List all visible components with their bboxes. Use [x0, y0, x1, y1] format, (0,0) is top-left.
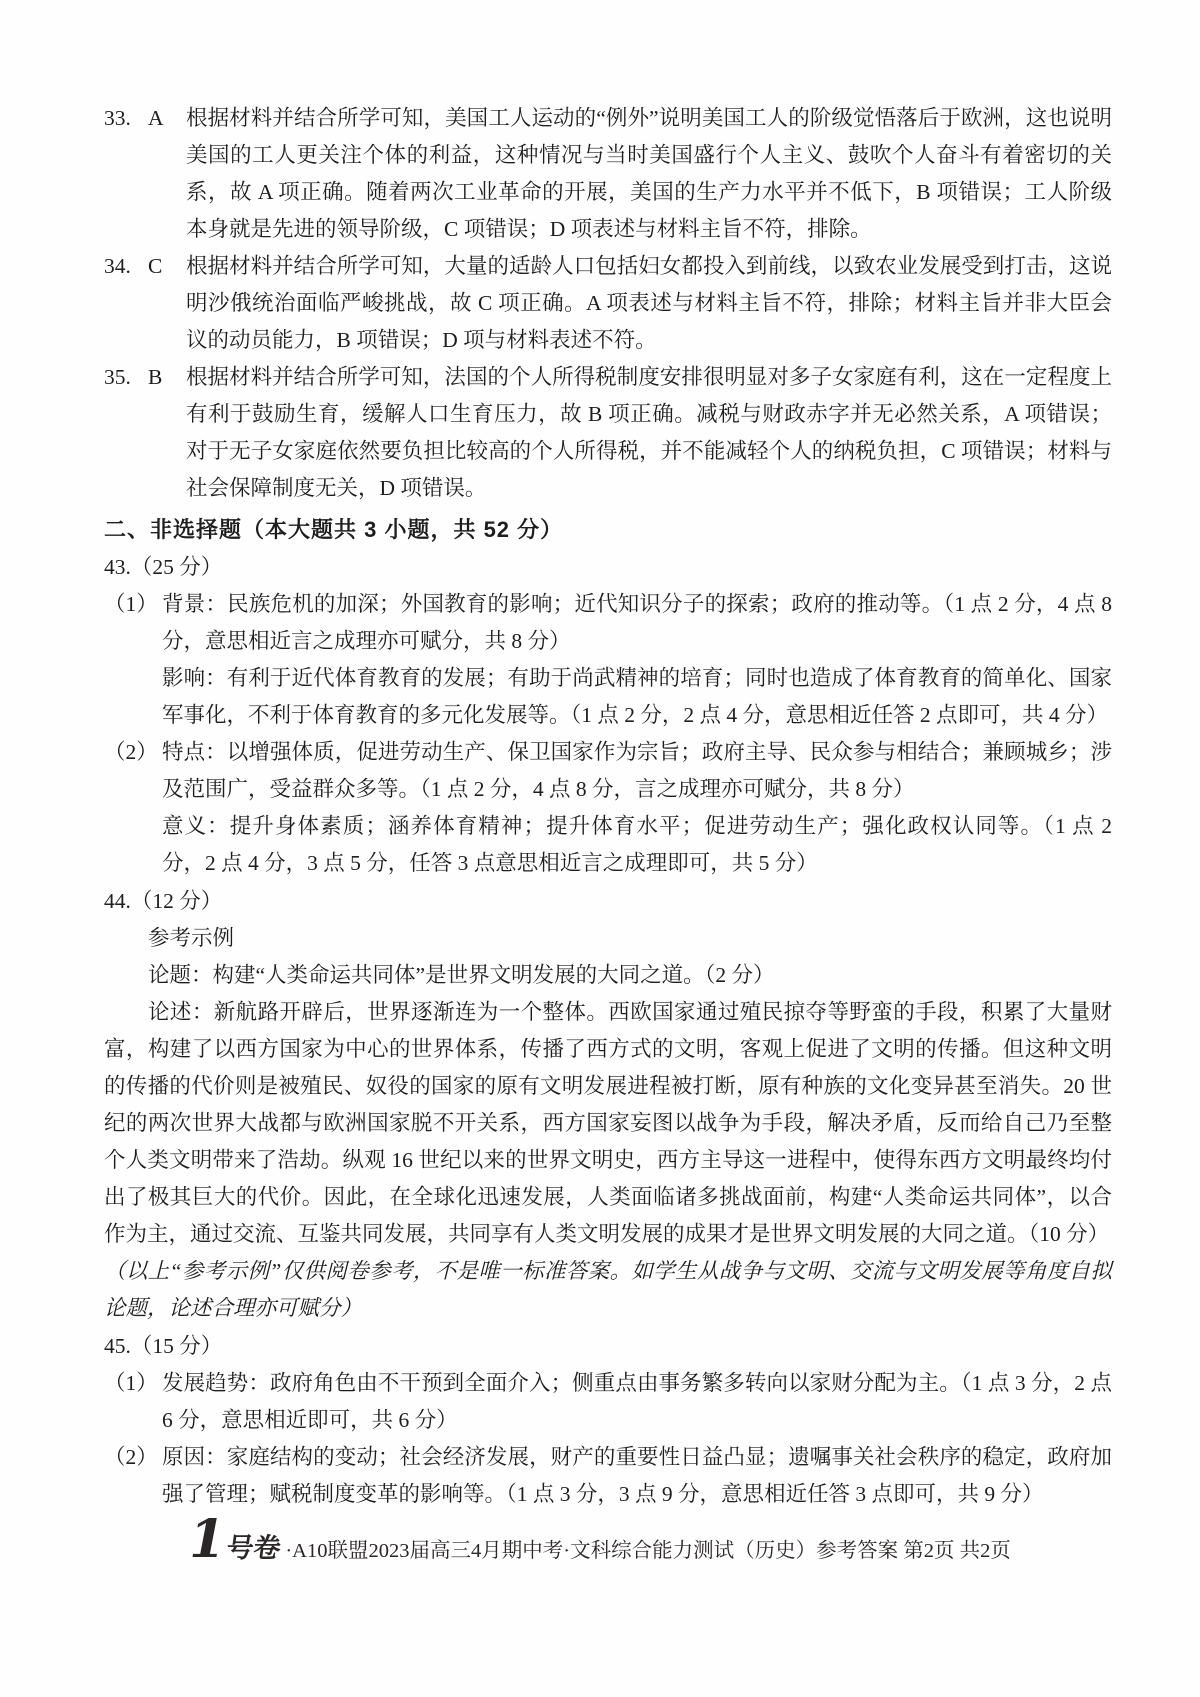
- page-footer: 1 号卷 ·A10联盟2023届高三4月期中考·文科综合能力测试（历史）参考答案…: [0, 1526, 1200, 1565]
- question-45-part2: （2） 原因：家庭结构的变动；社会经济发展，财产的重要性日益凸显；遗嘱事关社会秩…: [104, 1439, 1112, 1513]
- question-44-topic: 论题：构建“人类命运共同体”是世界文明发展的大同之道。（2 分）: [148, 957, 1112, 994]
- answer-item-33: 33. A 根据材料并结合所学可知，美国工人运动的“例外”说明美国工人的阶级觉悟…: [104, 100, 1112, 248]
- footer-exam-info: ·A10联盟2023届高三4月期中考·文科综合能力测试（历史）参考答案 第2页 …: [285, 1533, 1010, 1563]
- question-45-title: 45.（15 分）: [104, 1328, 1112, 1365]
- part-answer-text: 原因：家庭结构的变动；社会经济发展，财产的重要性日益凸显；遗嘱事关社会秩序的稳定…: [162, 1439, 1112, 1513]
- question-number: 34.: [104, 248, 148, 285]
- question-43-part2: （2） 特点：以增强体质，促进劳动生产、保卫国家作为宗旨；政府主导、民众参与相结…: [104, 734, 1112, 808]
- part-answer-text: 特点：以增强体质，促进劳动生产、保卫国家作为宗旨；政府主导、民众参与相结合；兼顾…: [162, 734, 1112, 808]
- reference-example-label: 参考示例: [148, 920, 1112, 957]
- question-number: 33.: [104, 100, 148, 137]
- answer-explanation: 根据材料并结合所学可知，法国的个人所得税制度安排很明显对多子女家庭有利，这在一定…: [186, 359, 1112, 507]
- part-label: （1）: [104, 1365, 162, 1402]
- answer-letter: A: [148, 100, 186, 137]
- answer-item-34: 34. C 根据材料并结合所学可知，大量的适龄人口包括妇女都投入到前线，以致农业…: [104, 248, 1112, 359]
- answer-item-35: 35. B 根据材料并结合所学可知，法国的个人所得税制度安排很明显对多子女家庭有…: [104, 359, 1112, 507]
- question-44-title: 44.（12 分）: [104, 883, 1112, 920]
- question-45-part1: （1） 发展趋势：政府角色由不干预到全面介入；侧重点由事务繁多转向以家财分配为主…: [104, 1365, 1112, 1439]
- question-43-part2-meaning: 意义：提升身体素质；涵养体育精神；提升体育水平；促进劳动生产；强化政权认同等。（…: [162, 808, 1112, 882]
- part-label: （2）: [104, 734, 162, 771]
- answer-letter: B: [148, 359, 186, 396]
- part-answer-text: 发展趋势：政府角色由不干预到全面介入；侧重点由事务繁多转向以家财分配为主。（1 …: [162, 1365, 1112, 1439]
- answer-explanation: 根据材料并结合所学可知，美国工人运动的“例外”说明美国工人的阶级觉悟落后于欧洲，…: [186, 100, 1112, 248]
- part-answer-text: 背景：民族危机的加深；外国教育的影响；近代知识分子的探索；政府的推动等。（1 点…: [162, 586, 1112, 660]
- question-43-part1: （1） 背景：民族危机的加深；外国教育的影响；近代知识分子的探索；政府的推动等。…: [104, 586, 1112, 660]
- exam-answer-page: 33. A 根据材料并结合所学可知，美国工人运动的“例外”说明美国工人的阶级觉悟…: [0, 0, 1200, 1697]
- answer-explanation: 根据材料并结合所学可知，大量的适龄人口包括妇女都投入到前线，以致农业发展受到打击…: [186, 248, 1112, 359]
- part-label: （2）: [104, 1439, 162, 1476]
- question-43-part1-impact: 影响：有利于近代体育教育的发展；有助于尚武精神的培育；同时也造成了体育教育的简单…: [162, 660, 1112, 734]
- question-44-essay: 论述：新航路开辟后，世界逐渐连为一个整体。西欧国家通过殖民掠夺等野蛮的手段，积累…: [104, 994, 1112, 1253]
- part-label: （1）: [104, 586, 162, 623]
- section-heading-non-choice: 二、非选择题（本大题共 3 小题，共 52 分）: [104, 511, 1112, 548]
- answer-content: 33. A 根据材料并结合所学可知，美国工人运动的“例外”说明美国工人的阶级觉悟…: [104, 100, 1112, 1513]
- question-44-grading-note: （以上“参考示例”仅供阅卷参考，不是唯一标准答案。如学生从战争与文明、交流与文明…: [104, 1253, 1112, 1327]
- question-43-title: 43.（25 分）: [104, 549, 1112, 586]
- question-number: 35.: [104, 359, 148, 396]
- answer-letter: C: [148, 248, 186, 285]
- exam-brand-logo-script: 号卷: [225, 1526, 284, 1565]
